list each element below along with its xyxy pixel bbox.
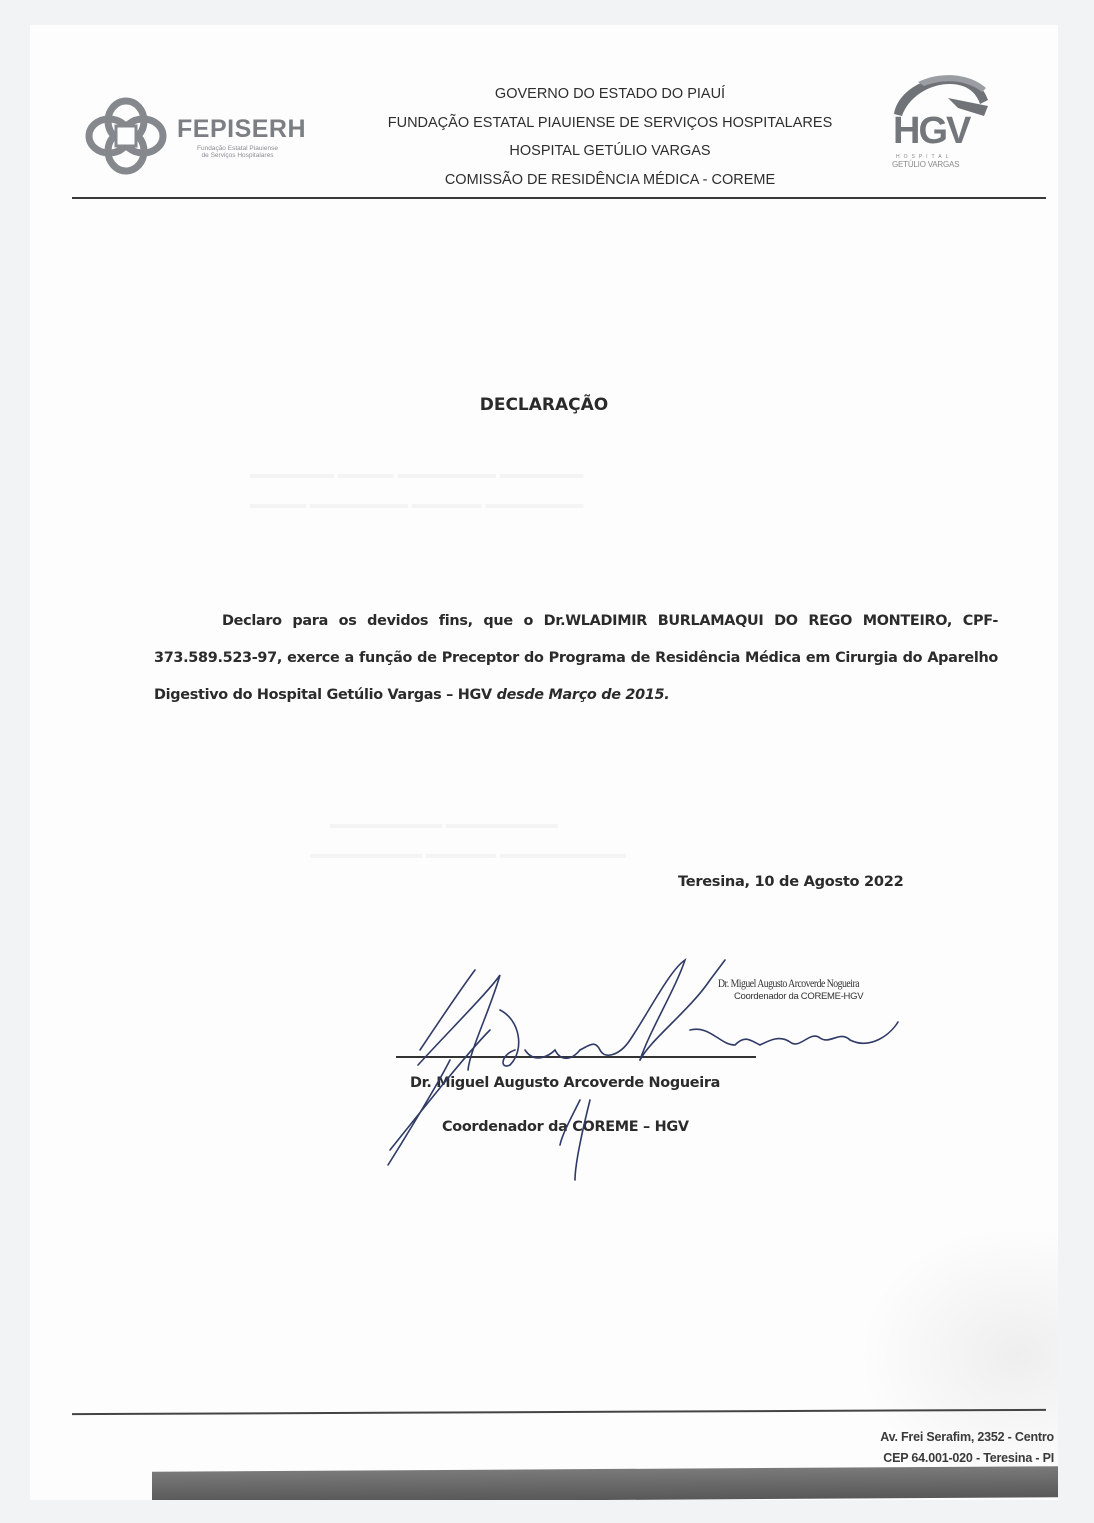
signature-line (396, 1056, 756, 1058)
photo-edge-band (152, 1466, 1058, 1500)
bleed-through-text: ▬▬▬▬▬▬▬▬ ▬▬▬▬▬ ▬▬▬▬▬▬▬▬▬ (310, 845, 626, 861)
declaration-since-date: desde Março de 2015. (497, 687, 670, 703)
fepiserh-subtitle-line: de Serviços Hospitalares (180, 152, 295, 159)
place-and-date: Teresina, 10 de Agosto 2022 (678, 873, 903, 890)
document-title: DECLARAÇÃO (30, 395, 1058, 415)
bleed-through-text: ▬▬▬▬▬▬ ▬▬▬▬ ▬▬▬▬▬▬▬ ▬▬▬▬▬▬ (250, 465, 584, 481)
header-line-government: GOVERNO DO ESTADO DO PIAUÍ (350, 80, 870, 109)
hgv-subtitle: GETÚLIO VARGAS (892, 160, 959, 169)
fepiserh-logo: FEPISERH Fundação Estatal Piauiense de S… (85, 95, 315, 175)
stamp-name: Dr. Miguel Augusto Arcoverde Nogueira (718, 978, 859, 990)
header-line-commission: COMISSÃO DE RESIDÊNCIA MÉDICA - COREME (350, 166, 870, 195)
header-divider (72, 197, 1046, 199)
fepiserh-subtitle-line: Fundação Estatal Piauiense (180, 145, 295, 152)
address-street: Av. Frei Serafim, 2352 - Centro (880, 1427, 1054, 1448)
bleed-through-text: ▬▬▬▬▬▬▬▬ ▬▬▬▬▬▬▬▬ (330, 815, 558, 831)
bleed-through-text: ▬▬▬▬ ▬▬▬▬▬▬▬ ▬▬▬▬▬ ▬▬▬▬▬▬▬ (250, 495, 584, 511)
stamp-role: Coordenador da COREME-HGV (734, 991, 884, 1002)
document-page: ▬▬▬▬▬▬ ▬▬▬▬ ▬▬▬▬▬▬▬ ▬▬▬▬▬▬ ▬▬▬▬ ▬▬▬▬▬▬▬ … (30, 25, 1058, 1500)
interlocking-rings-logo-icon (85, 95, 167, 177)
declaration-paragraph: Declaro para os devidos fins, que o Dr.W… (154, 603, 998, 714)
signer-name: Dr. Miguel Augusto Arcoverde Nogueira (410, 1075, 720, 1091)
fepiserh-subtitle: Fundação Estatal Piauiense de Serviços H… (180, 145, 295, 159)
signer-role: Coordenador da COREME – HGV (442, 1119, 689, 1135)
signature-stamp: Dr. Miguel Augusto Arcoverde Nogueira Co… (718, 978, 884, 1002)
institution-header: GOVERNO DO ESTADO DO PIAUÍ FUNDAÇÃO ESTA… (350, 80, 870, 194)
footer-address: Av. Frei Serafim, 2352 - Centro CEP 64.0… (880, 1427, 1054, 1469)
hgv-letters: HGV (893, 110, 969, 153)
footer-divider (72, 1409, 1046, 1415)
fepiserh-name: FEPISERH (177, 115, 306, 144)
header-line-foundation: FUNDAÇÃO ESTATAL PIAUIENSE DE SERVIÇOS H… (350, 109, 870, 138)
header-line-hospital: HOSPITAL GETÚLIO VARGAS (350, 137, 870, 166)
hgv-logo: HGV HOSPITAL GETÚLIO VARGAS (888, 70, 998, 170)
